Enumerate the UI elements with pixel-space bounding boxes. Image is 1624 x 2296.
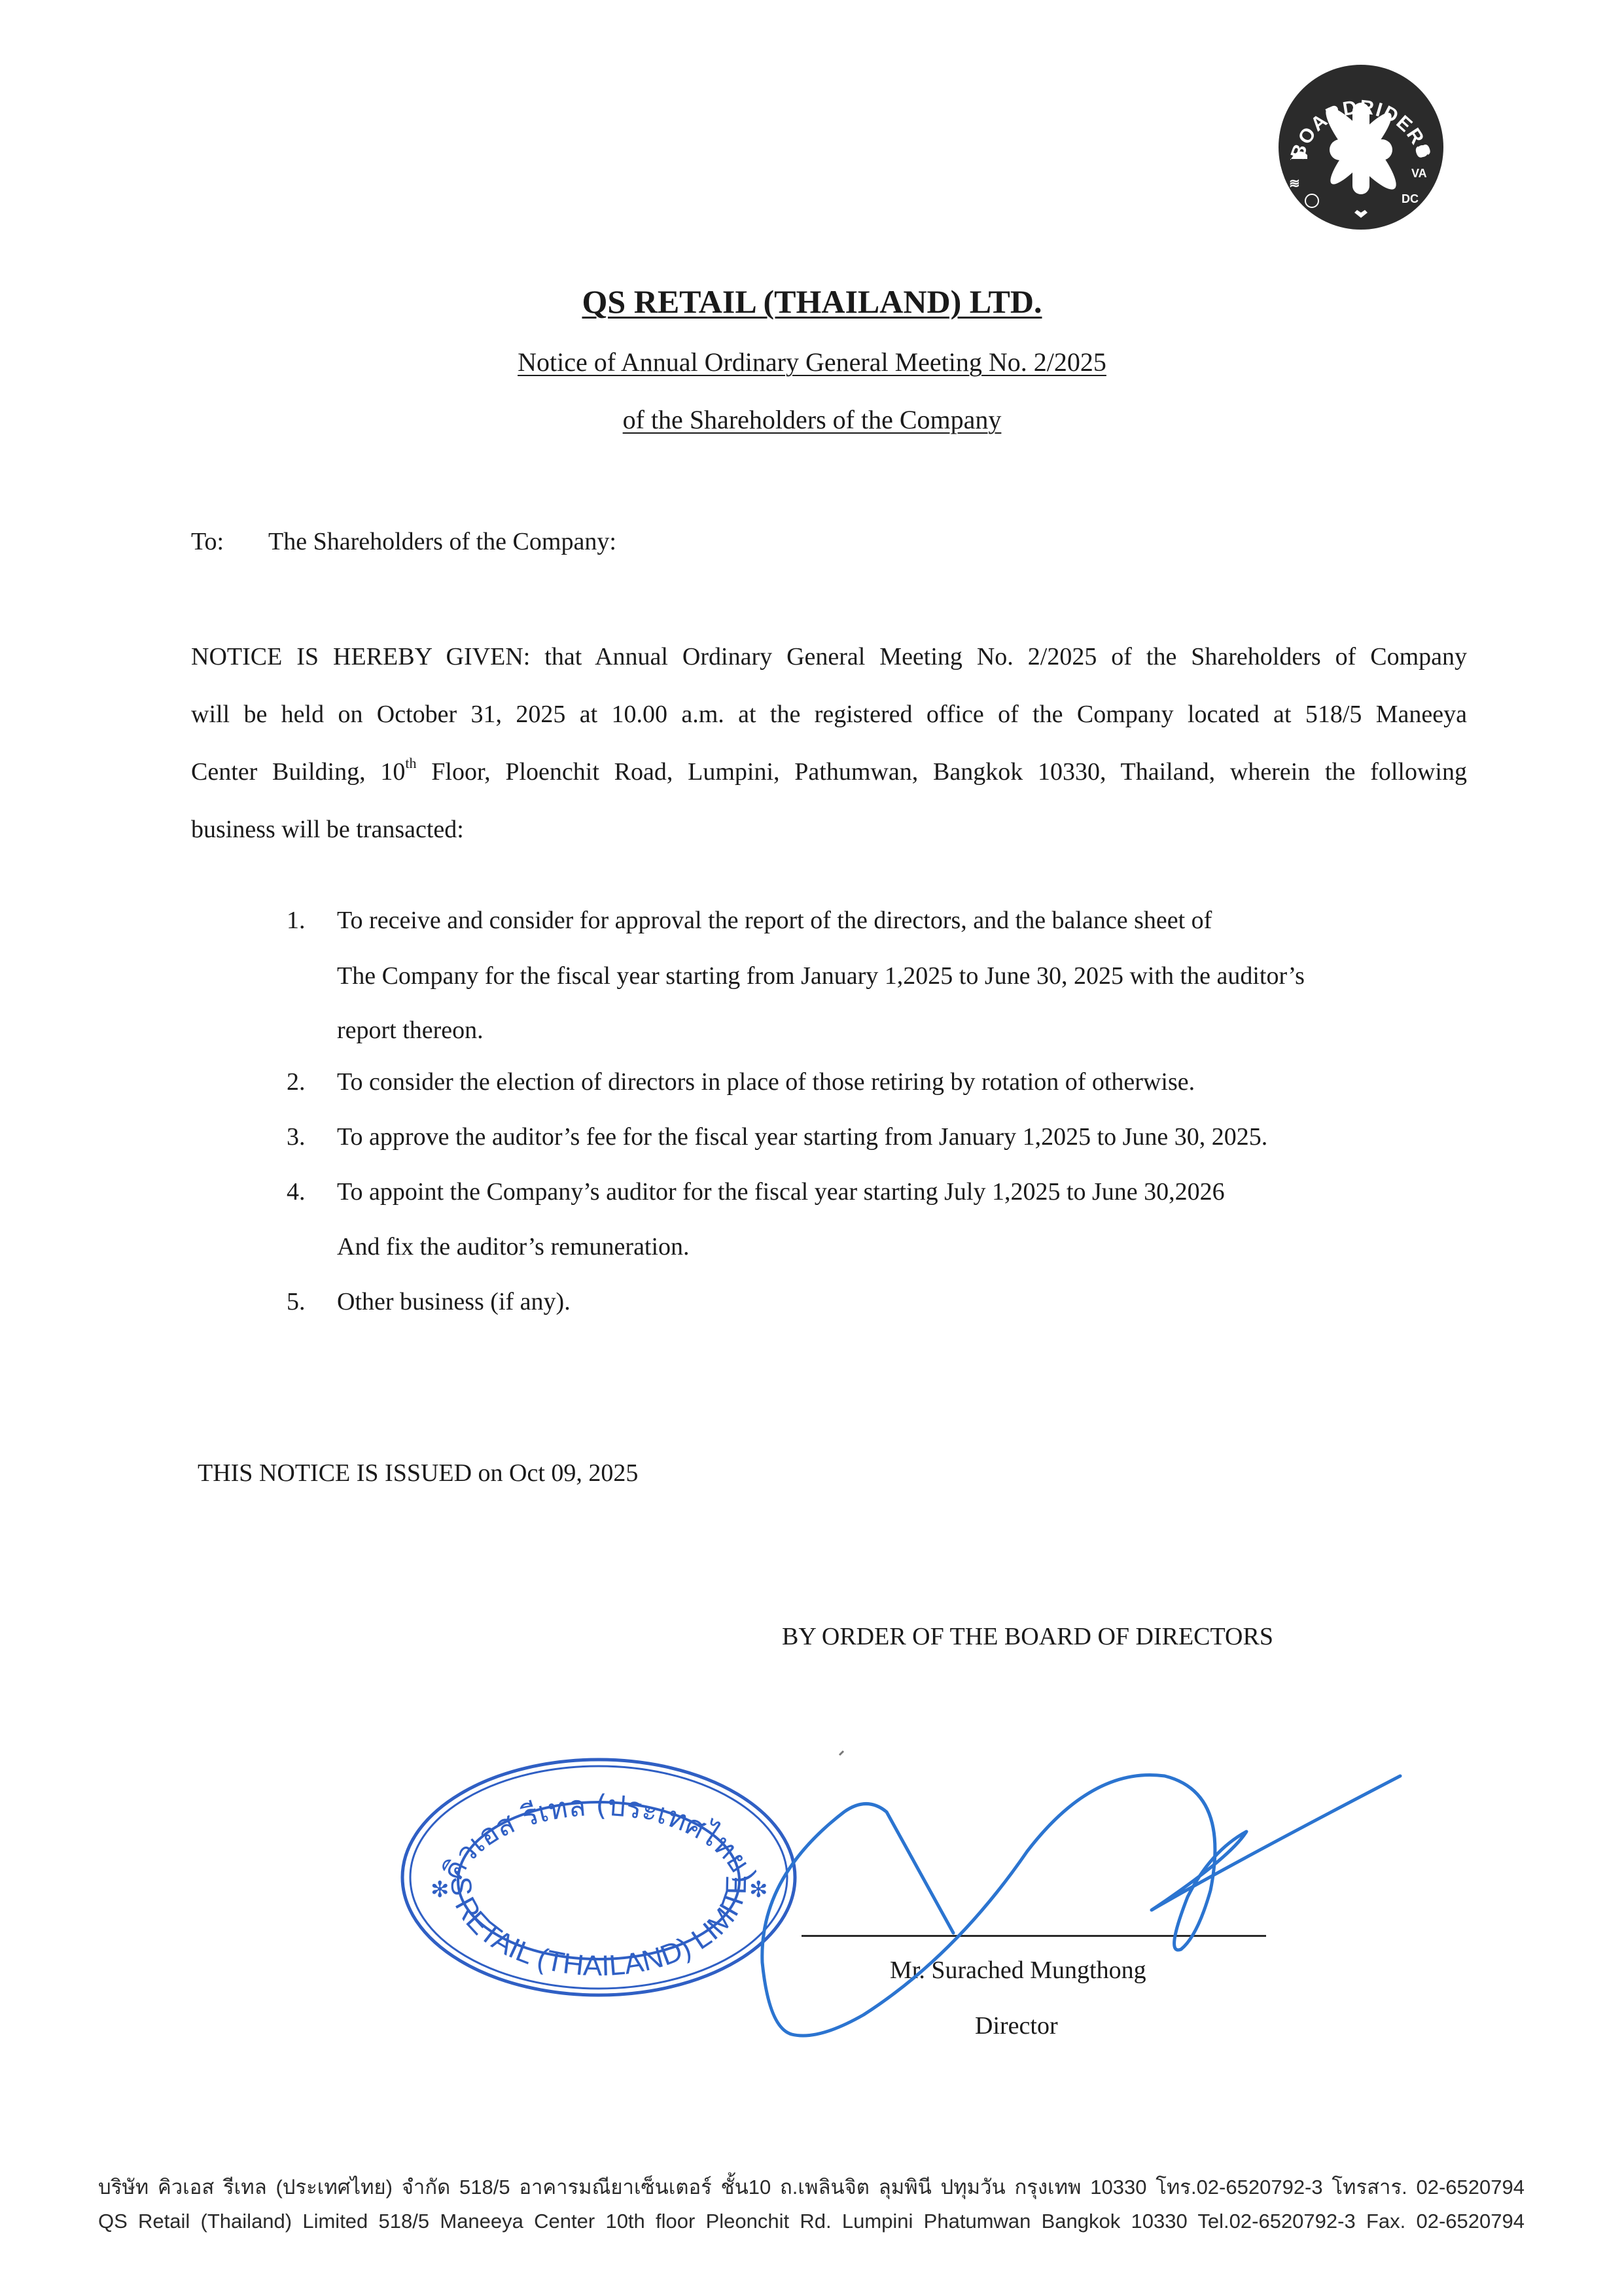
stamp-star-icon: ✻	[431, 1877, 450, 1903]
element-mark	[1417, 145, 1428, 157]
notice-line-part: Center Building, 10	[191, 758, 405, 786]
addressee-value: The Shareholders of the Company:	[268, 527, 616, 556]
agenda-number: 3.	[287, 1122, 306, 1151]
agenda-item-text: Other business (if any).	[337, 1287, 571, 1316]
ordinal-suffix: th	[405, 755, 416, 771]
agenda-number: 2.	[287, 1068, 306, 1096]
notice-line: Center Building, 10th Floor, Ploenchit R…	[191, 743, 1467, 801]
notice-line: will be held on October 31, 2025 at 10.0…	[191, 686, 1467, 743]
agenda-item-text: To receive and consider for approval the…	[337, 906, 1212, 935]
notice-title: Notice of Annual Ordinary General Meetin…	[0, 347, 1624, 377]
addressee-label: To:	[191, 527, 224, 556]
rvca-mark: VA	[1411, 167, 1427, 180]
notice-paragraph: NOTICE IS HEREBY GIVEN: that Annual Ordi…	[191, 628, 1467, 858]
agenda-item-text: The Company for the fiscal year starting…	[337, 962, 1305, 990]
dc-mark: DC	[1402, 192, 1419, 205]
agenda-item-text: And fix the auditor’s remuneration.	[337, 1232, 690, 1261]
issued-date: THIS NOTICE IS ISSUED on Oct 09, 2025	[198, 1459, 638, 1487]
footer-english-address: QS Retail (Thailand) Limited 518/5 Manee…	[98, 2210, 1525, 2233]
footer-thai-address: บริษัท คิวเอส รีเทล (ประเทศไทย) จำกัด 51…	[98, 2170, 1525, 2203]
billabong-mark: ≋	[1289, 177, 1300, 191]
company-name: QS RETAIL (THAILAND) LTD.	[0, 283, 1624, 321]
agenda-number: 1.	[287, 906, 306, 935]
agenda-item-text: To consider the election of directors in…	[337, 1068, 1195, 1096]
company-seal-stamp	[402, 1760, 795, 1995]
notice-line: NOTICE IS HEREBY GIVEN: that Annual Ordi…	[191, 628, 1467, 686]
signature-line	[802, 1935, 1266, 1937]
signature-stroke	[762, 1775, 1400, 2036]
agenda-item-text: To appoint the Company’s auditor for the…	[337, 1177, 1225, 1206]
signer-name: Mr. Surached Mungthong	[890, 1956, 1146, 1985]
agenda-item-text: To approve the auditor’s fee for the fis…	[337, 1122, 1267, 1151]
signature-tick	[839, 1751, 843, 1755]
agenda-number: 4.	[287, 1177, 306, 1206]
notice-line: business will be transacted:	[191, 801, 1467, 858]
notice-line-part: Floor, Ploenchit Road, Lumpini, Pathumwa…	[416, 758, 1467, 786]
agenda-item-text: report thereon.	[337, 1016, 484, 1045]
by-order-line: BY ORDER OF THE BOARD OF DIRECTORS	[782, 1622, 1273, 1651]
notice-subtitle: of the Shareholders of the Company	[0, 404, 1624, 435]
stamp-star-icon: ✻	[749, 1877, 768, 1903]
agenda-number: 5.	[287, 1287, 306, 1316]
boardriders-logo-icon: BOARDRIDERS ≋ DC VA	[1276, 62, 1446, 232]
signer-title: Director	[975, 2011, 1058, 2040]
